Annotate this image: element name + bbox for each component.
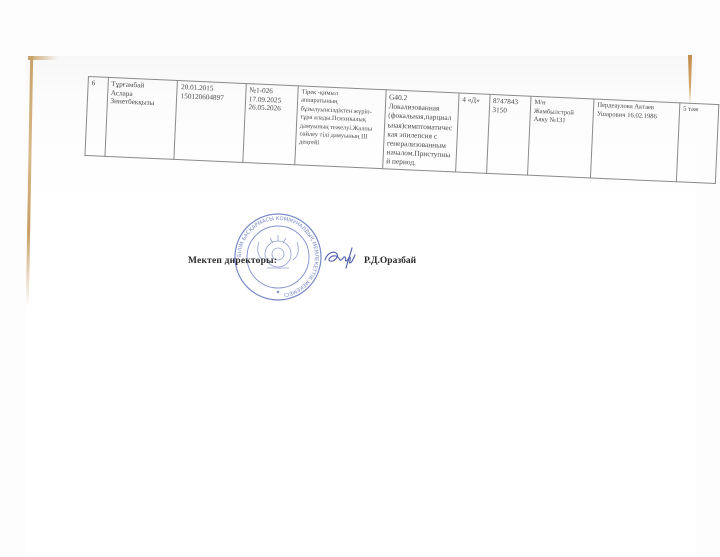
cell-hours: 5 тәж (676, 103, 718, 183)
phone-line: 3150 (492, 106, 527, 116)
grade: 4 «Д» (462, 96, 480, 105)
director-name: Р.Д.Оразбай (364, 256, 416, 266)
cell-conclusion: Тірек -қимыл аппаратының бұзылуынсіздікт… (295, 86, 386, 168)
iin: 150120604897 (180, 92, 242, 103)
row-number: 6 (92, 79, 96, 87)
cell-diagnosis: G40.2 Локализованная (фокальная,парциал … (382, 90, 459, 172)
hours: 5 тәж (683, 106, 699, 114)
cell-phone: 8747843 3150 (486, 94, 531, 174)
cell-parent: Пердеаулова Актаев Ушарович 16.02.1986 (591, 99, 680, 181)
cell-protocol: №1-026 17.09.2025 26.05.2026 (243, 84, 299, 165)
handwritten-signature-icon (322, 246, 358, 272)
director-label: Мектеп директоры: (188, 256, 277, 266)
cell-address: М/н Жамбылстрой Аяку №131 (528, 96, 594, 177)
protocol-valid-until: 26.05.2026 (248, 103, 294, 114)
cell-grade: 4 «Д» (456, 93, 490, 173)
address-line: Аяку №131 (533, 116, 589, 127)
name-line: Зинетбекқызы (110, 97, 173, 108)
cell-name: Тұрғамбай Аслара Зинетбекқызы (105, 77, 178, 159)
cell-birth-iin: 20.01.2015 150120604897 (174, 81, 246, 163)
